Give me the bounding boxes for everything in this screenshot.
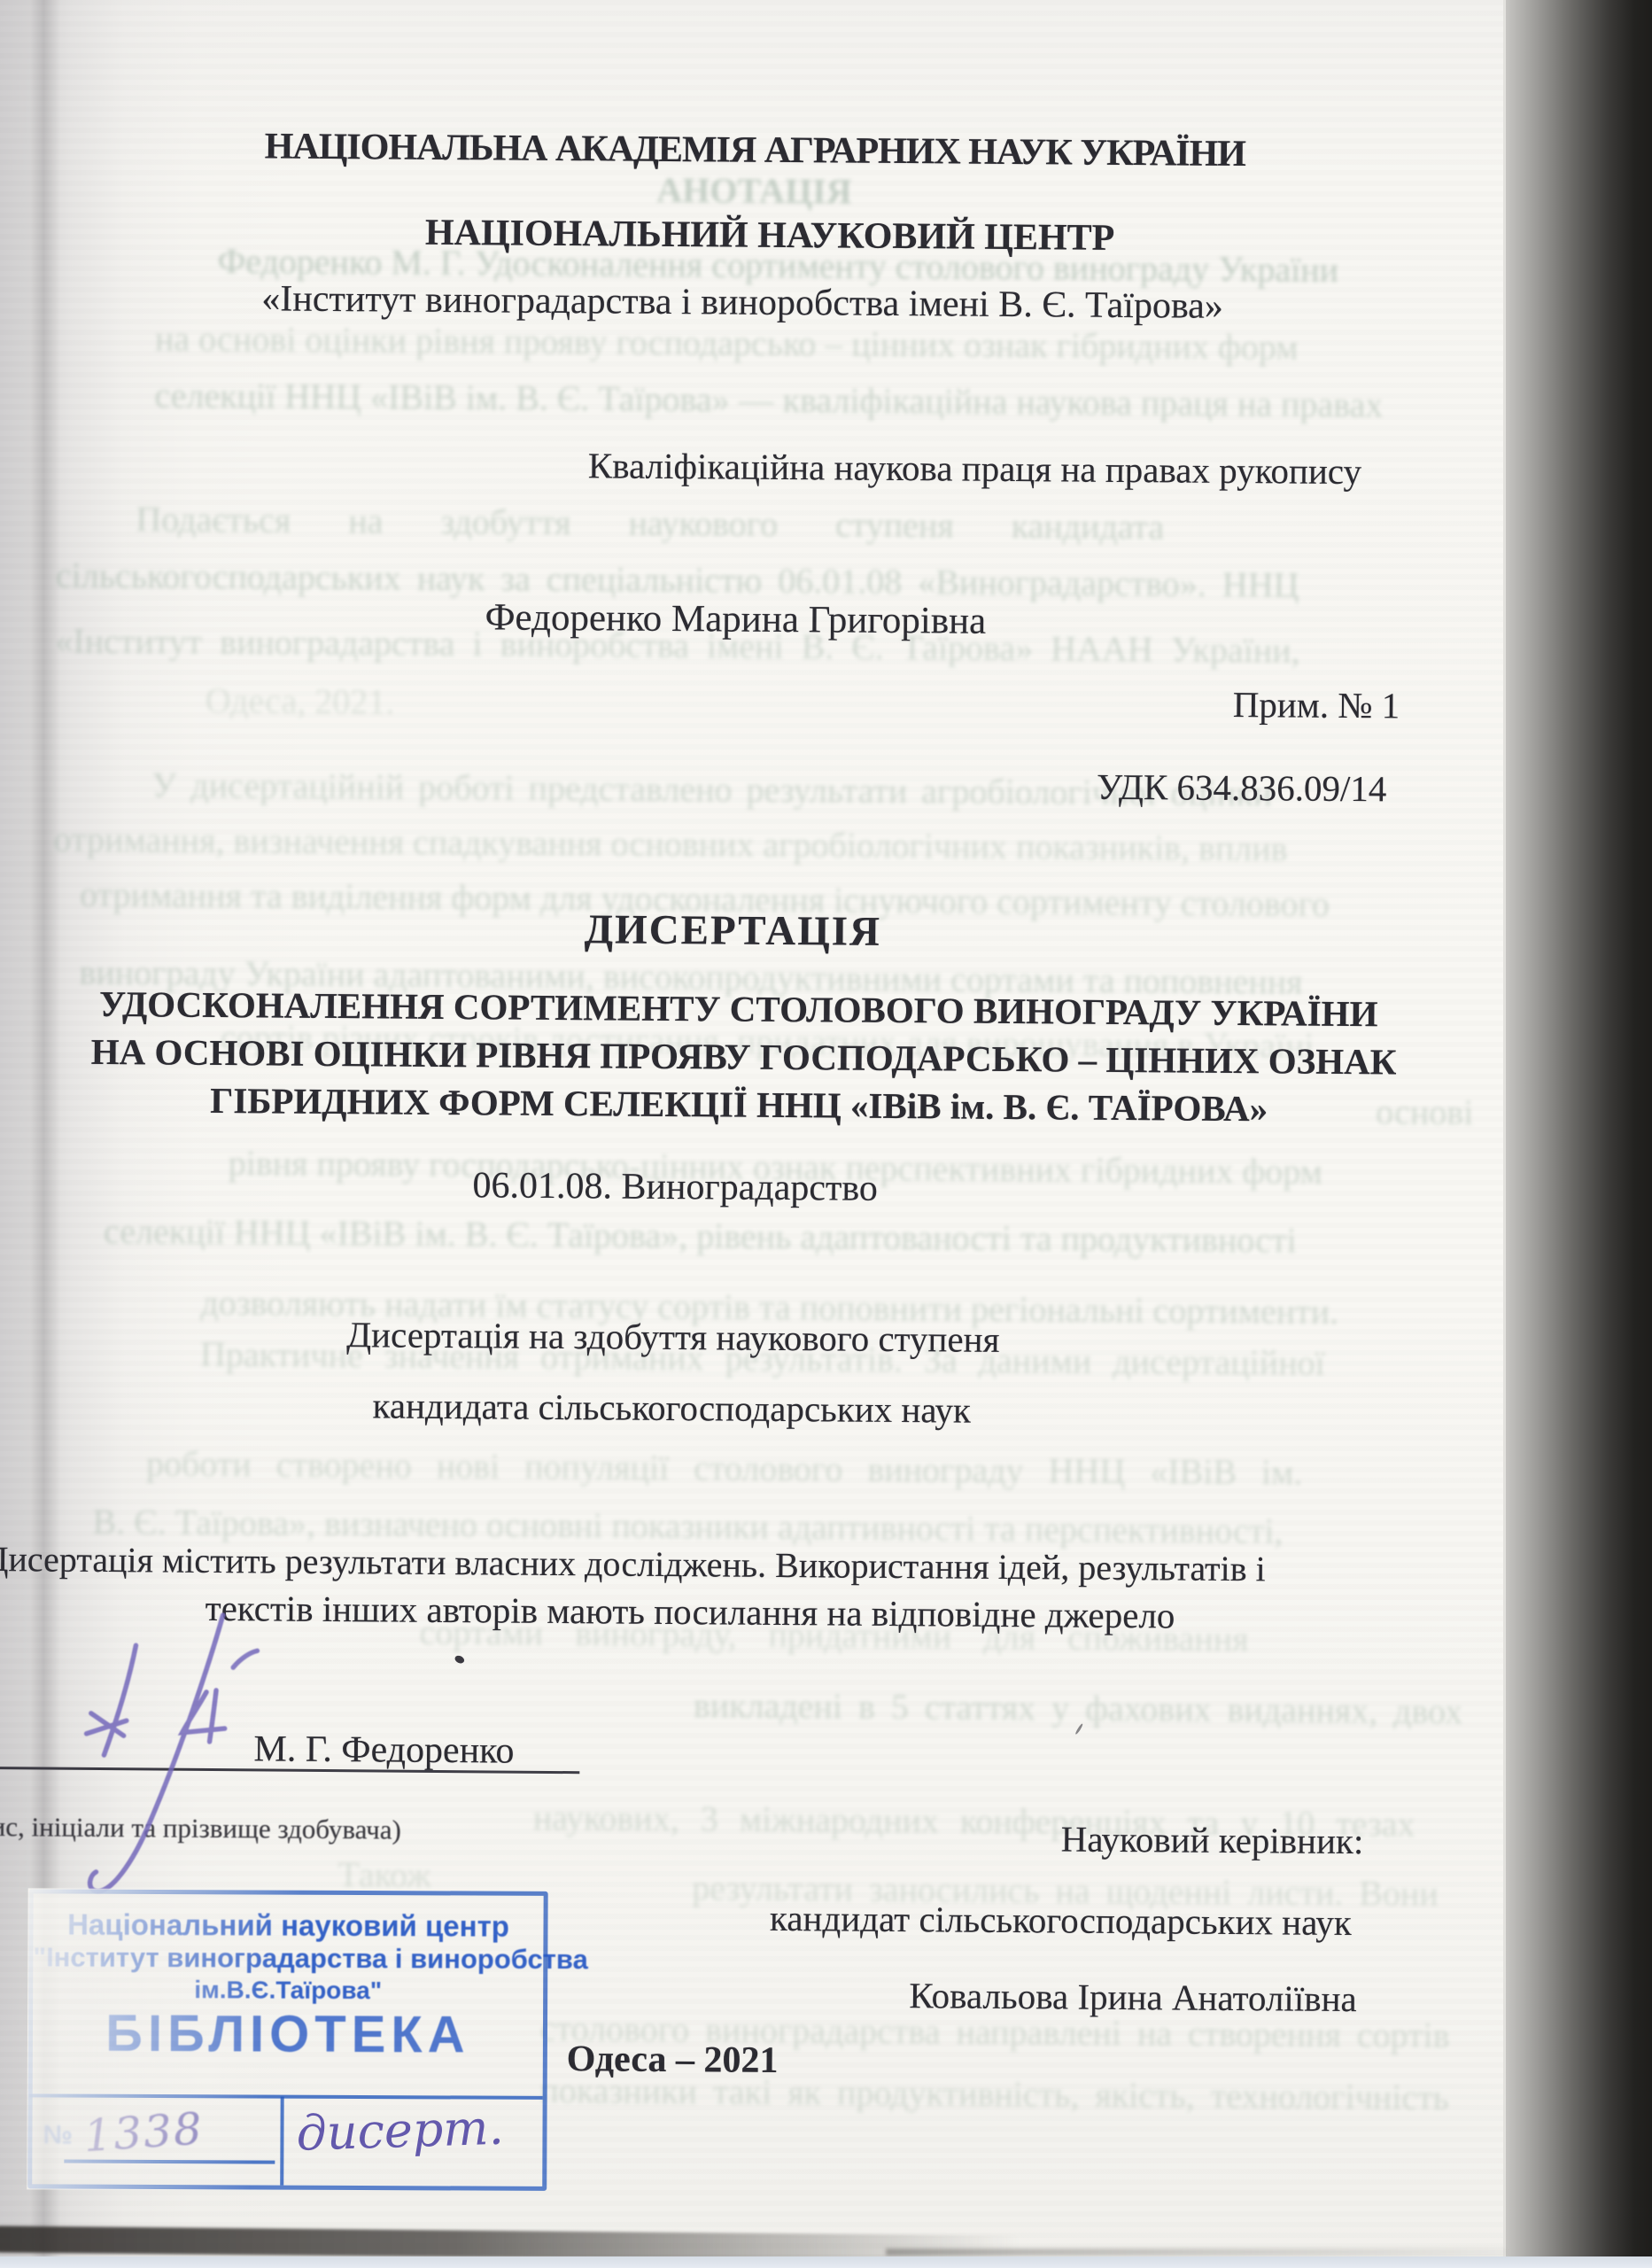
stamp-fade-overlay [27, 1888, 548, 2192]
bleed-through-text-line: наукових, 3 міжнародних конференціях та … [533, 1797, 1415, 1845]
bleed-through-text-line: винограду України адаптованими, високопр… [79, 951, 1303, 1003]
degree-statement-line2: кандидата сільськогосподарських наук [372, 1384, 971, 1431]
stamp-divider-vertical [280, 2097, 283, 2186]
bleed-through-text-line: столового виноградарства направлені на с… [540, 2008, 1450, 2056]
bleed-through-text-line: отримання та виділення форм для удоскона… [80, 874, 1330, 925]
stamp-accession-number-handwritten: 1338 [82, 2103, 206, 2163]
bleed-through-text-line: Також [337, 1853, 431, 1896]
bleed-through-text-line: селекції ННЦ «ІВіВ ім. В. Є. Таїрова» — … [154, 374, 1383, 425]
supervisor-name: Ковальова Ірина Анатоліївна [909, 1974, 1357, 2020]
degree-statement-line1: Дисертація на здобуття наукового ступеня [346, 1313, 1000, 1361]
bleed-through-text-line: рівня прояву господарсько-цінних ознак п… [229, 1142, 1323, 1192]
bleed-through-text-line: основі [1376, 1091, 1474, 1133]
signature-caption: (підпис, ініціали та прізвище здобувача) [0, 1810, 401, 1845]
integrity-statement-line2: текстів інших авторів мають посилання на… [206, 1587, 1175, 1637]
author-signature-name: М. Г. Федоренко [253, 1728, 514, 1772]
city-and-year: Одеса – 2021 [567, 2038, 779, 2082]
bleed-through-text-line: дозволяють надати їм статусу сортів та п… [200, 1282, 1338, 1332]
scanned-dissertation-title-page: { "document": { "institution_line1": "НА… [0, 0, 1652, 2268]
scan-right-edge-shadow [1503, 0, 1652, 2257]
document-type-heading: ДИСЕРТАЦІЯ [585, 905, 882, 956]
stamp-number-underline [64, 2160, 275, 2164]
bleed-through-text-line: на основі оцінки рівня прояву господарсь… [155, 317, 1299, 368]
library-stamp: Національний науковий центр "Інститут ви… [27, 1889, 547, 2191]
institution-name-line3: «Інститут виноградарства і виноробства і… [261, 277, 1223, 328]
bleed-through-text-line: Федоренко М. Г. Удосконалення сортименту… [218, 240, 1339, 291]
supervisor-degree: кандидат сільськогосподарських наук [770, 1897, 1352, 1944]
institution-name-line2: НАЦІОНАЛЬНИЙ НАУКОВИЙ ЦЕНТР [425, 212, 1115, 260]
stamp-library-word: БІБЛІОТЕКА [33, 2003, 543, 2065]
stamp-category-handwritten: дисерт. [296, 2100, 505, 2162]
scanned-page-paper: АНОТАЦІЯФедоренко М. Г. Удосконалення со… [0, 0, 1509, 2268]
ink-speck [454, 1654, 465, 1665]
bleed-through-text-line: отримання, визначення спадкування основн… [53, 819, 1287, 870]
institution-name-line1: НАЦІОНАЛЬНА АКАДЕМІЯ АГРАРНИХ НАУК УКРАЇ… [265, 125, 1246, 175]
bleed-through-text-line: сільськогосподарських наук за спеціальні… [56, 555, 1299, 606]
supervisor-label: Науковий керівник: [1061, 1817, 1364, 1862]
stamp-institution-line3: ім.В.Є.Таїрова" [33, 1975, 543, 2006]
bleed-through-text-line: сортами винограду, придатними для спожив… [419, 1612, 1248, 1659]
bleed-through-text-line: У дисертаційній роботі представлено резу… [151, 764, 1273, 814]
signature-rule-line [0, 1767, 579, 1774]
stamp-institution-line2: "Інститут виноградарства і виноробства [33, 1941, 543, 1976]
ink-speck [1074, 1723, 1083, 1735]
specialty-code: 06.01.08. Виноградарство [472, 1164, 878, 1210]
integrity-statement-line1: Дисертація містить результати власних до… [0, 1538, 1266, 1589]
dissertation-title-line3: ГІБРИДНИХ ФОРМ СЕЛЕКЦІЇ ННЦ «ІВіВ ім. В.… [210, 1079, 1268, 1130]
bleed-through-text-line: селекції ННЦ «ІВіВ ім. В. Є. Таїрова», р… [104, 1210, 1297, 1262]
page-content-rotated: АНОТАЦІЯФедоренко М. Г. Удосконалення со… [0, 0, 1509, 2268]
stamp-number-label: № [43, 2120, 73, 2150]
scan-bottom-edge-shadow-thin [886, 2249, 1506, 2256]
bleed-through-text-line: Подається на здобуття наукового ступеня … [136, 498, 1164, 548]
stamp-divider-horizontal [29, 2093, 543, 2100]
bleed-through-text-line: викладені в 5 статтях у фахових виданнях… [694, 1684, 1463, 1732]
bleed-through-text-line: «Інститут виноградарства і виноробства і… [55, 620, 1300, 672]
bleed-through-text-line: Практичне значення отриманих результатів… [200, 1333, 1325, 1384]
scanner-bed-strip [0, 2256, 1652, 2268]
copy-number: Прим. № 1 [1233, 683, 1400, 726]
author-name: Федоренко Марина Григорівна [485, 595, 986, 642]
bleed-through-text-line: АНОТАЦІЯ [656, 169, 852, 213]
bleed-through-text-line: Одеса, 2021. [206, 680, 395, 723]
bleed-through-text-line: результати заносились на щоденні листи. … [692, 1867, 1439, 1915]
dissertation-title-line1: УДОСКОНАЛЕННЯ СОРТИМЕНТУ СТОЛОВОГО ВИНОГ… [99, 983, 1378, 1035]
handwritten-signature [41, 1602, 327, 1932]
bleed-through-text-line: сортів різних строків достигання, придат… [221, 1016, 1315, 1067]
qualification-note: Кваліфікаційна наукова праця на правах р… [588, 444, 1362, 493]
dissertation-title-line2: НА ОСНОВІ ОЦІНКИ РІВНЯ ПРОЯВУ ГОСПОДАРСЬ… [91, 1030, 1397, 1084]
bleed-through-text-line: роботи створено нові популяції столового… [146, 1442, 1303, 1493]
stamp-institution-line1: Національний науковий центр [33, 1907, 543, 1944]
udc-code: УДК 634.836.09/14 [1097, 765, 1387, 811]
bleed-through-text-line: показники такі як продуктивність, якість… [539, 2070, 1449, 2118]
bleed-through-text-layer: АНОТАЦІЯФедоренко М. Г. Удосконалення со… [7, 0, 1509, 5]
bleed-through-text-line: В. Є. Таїрова», визначено основні показн… [92, 1501, 1283, 1552]
